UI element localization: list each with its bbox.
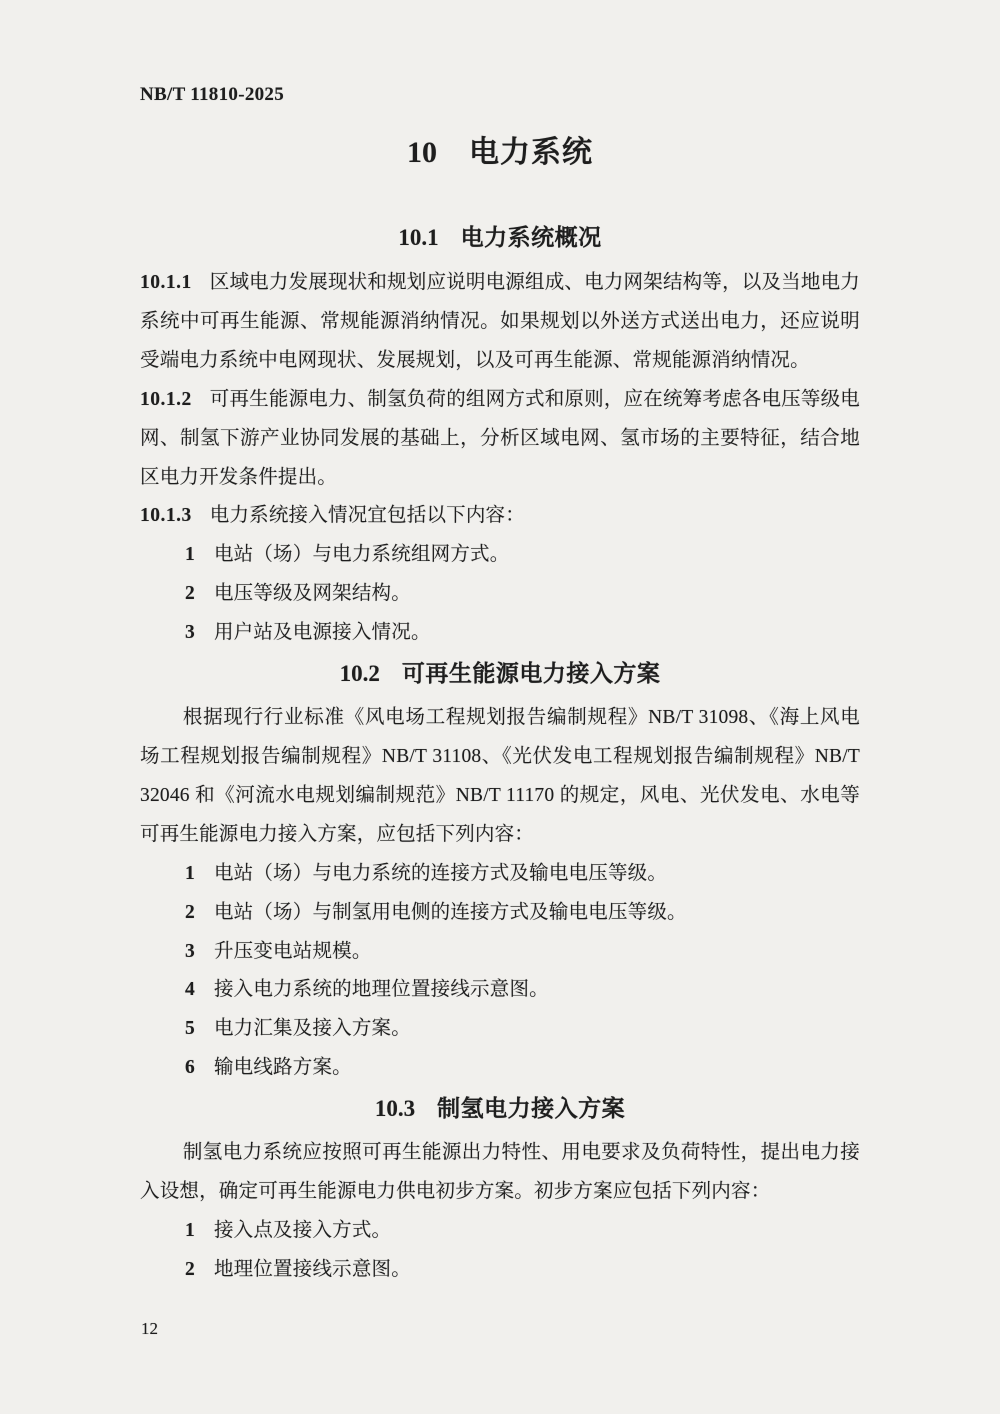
section-number: 10.3 [375, 1096, 415, 1121]
chapter-title: 电力系统 [469, 136, 593, 169]
list-item-number: 2 [185, 583, 195, 604]
list-item-number: 3 [185, 622, 195, 643]
list-item-text: 电站（场）与电力系统的连接方式及输电电压等级。 [214, 863, 667, 884]
list-item: 1电站（场）与电力系统组网方式。 [140, 536, 860, 575]
chapter-number: 10 [407, 136, 437, 169]
document-body: 10.1电力系统概况 10.1.1区域电力发展现状和规划应说明电源组成、电力网架… [140, 223, 860, 1290]
clause-number: 10.1.2 [140, 389, 192, 410]
list-item: 3升压变电站规模。 [140, 933, 860, 972]
clause-number: 10.1.1 [140, 272, 192, 293]
section-title: 制氢电力接入方案 [437, 1096, 625, 1121]
list-item: 1接入点及接入方式。 [140, 1212, 860, 1251]
list-item-number: 5 [185, 1018, 195, 1039]
section-number: 10.1 [398, 225, 438, 250]
clause-number: 10.1.3 [140, 505, 192, 526]
document-code-header: NB/T 11810-2025 [140, 84, 860, 106]
list-item-number: 2 [185, 1259, 195, 1280]
list-item: 4接入电力系统的地理位置接线示意图。 [140, 971, 860, 1010]
list-item: 2电站（场）与制氢用电侧的连接方式及输电电压等级。 [140, 894, 860, 933]
clause-text: 电力系统接入情况宜包括以下内容： [210, 505, 525, 526]
clause-10-1-1: 10.1.1区域电力发展现状和规划应说明电源组成、电力网架结构等，以及当地电力系… [140, 264, 860, 381]
list-item: 1电站（场）与电力系统的连接方式及输电电压等级。 [140, 855, 860, 894]
list-item-number: 6 [185, 1057, 195, 1078]
list-item-text: 电力汇集及接入方案。 [214, 1018, 411, 1039]
section-title: 电力系统概况 [461, 225, 602, 250]
list-item-number: 2 [185, 902, 195, 923]
clause-10-1-2: 10.1.2可再生能源电力、制氢负荷的组网方式和原则，应在统筹考虑各电压等级电网… [140, 381, 860, 498]
list-item: 5电力汇集及接入方案。 [140, 1010, 860, 1049]
list-item-number: 1 [185, 863, 195, 884]
section-intro-paragraph: 制氢电力系统应按照可再生能源出力特性、用电要求及负荷特性，提出电力接入设想，确定… [140, 1134, 860, 1212]
list-item-text: 升压变电站规模。 [214, 941, 372, 962]
section-number: 10.2 [340, 661, 380, 686]
list-item-text: 接入电力系统的地理位置接线示意图。 [214, 979, 549, 1000]
list-item-number: 3 [185, 941, 195, 962]
list-item: 2电压等级及网架结构。 [140, 575, 860, 614]
clause-text: 区域电力发展现状和规划应说明电源组成、电力网架结构等，以及当地电力系统中可再生能… [140, 272, 860, 371]
list-item-number: 4 [185, 979, 195, 1000]
section-title: 可再生能源电力接入方案 [402, 661, 661, 686]
section-heading-10-2: 10.2可再生能源电力接入方案 [140, 659, 860, 689]
document-page: NB/T 11810-2025 10电力系统 10.1电力系统概况 10.1.1… [0, 0, 1000, 1414]
clause-text: 可再生能源电力、制氢负荷的组网方式和原则，应在统筹考虑各电压等级电网、制氢下游产… [140, 389, 860, 488]
list-item: 3用户站及电源接入情况。 [140, 614, 860, 653]
list-item: 2地理位置接线示意图。 [140, 1251, 860, 1290]
section-heading-10-3: 10.3制氢电力接入方案 [140, 1094, 860, 1124]
list-item-text: 电站（场）与电力系统组网方式。 [214, 544, 510, 565]
clause-10-1-3: 10.1.3电力系统接入情况宜包括以下内容： [140, 497, 860, 536]
list-item-text: 电站（场）与制氢用电侧的连接方式及输电电压等级。 [214, 902, 687, 923]
chapter-heading: 10电力系统 [140, 133, 860, 173]
list-item-text: 接入点及接入方式。 [214, 1220, 391, 1241]
section-intro-paragraph: 根据现行行业标准《风电场工程规划报告编制规程》NB/T 31098、《海上风电场… [140, 699, 860, 855]
section-heading-10-1: 10.1电力系统概况 [140, 223, 860, 253]
list-item-text: 输电线路方案。 [214, 1057, 352, 1078]
list-item-number: 1 [185, 1220, 195, 1241]
list-item-text: 电压等级及网架结构。 [214, 583, 411, 604]
page-number: 12 [141, 1318, 158, 1340]
list-item-text: 地理位置接线示意图。 [214, 1259, 411, 1280]
list-item: 6输电线路方案。 [140, 1049, 860, 1088]
list-item-number: 1 [185, 544, 195, 565]
list-item-text: 用户站及电源接入情况。 [214, 622, 431, 643]
